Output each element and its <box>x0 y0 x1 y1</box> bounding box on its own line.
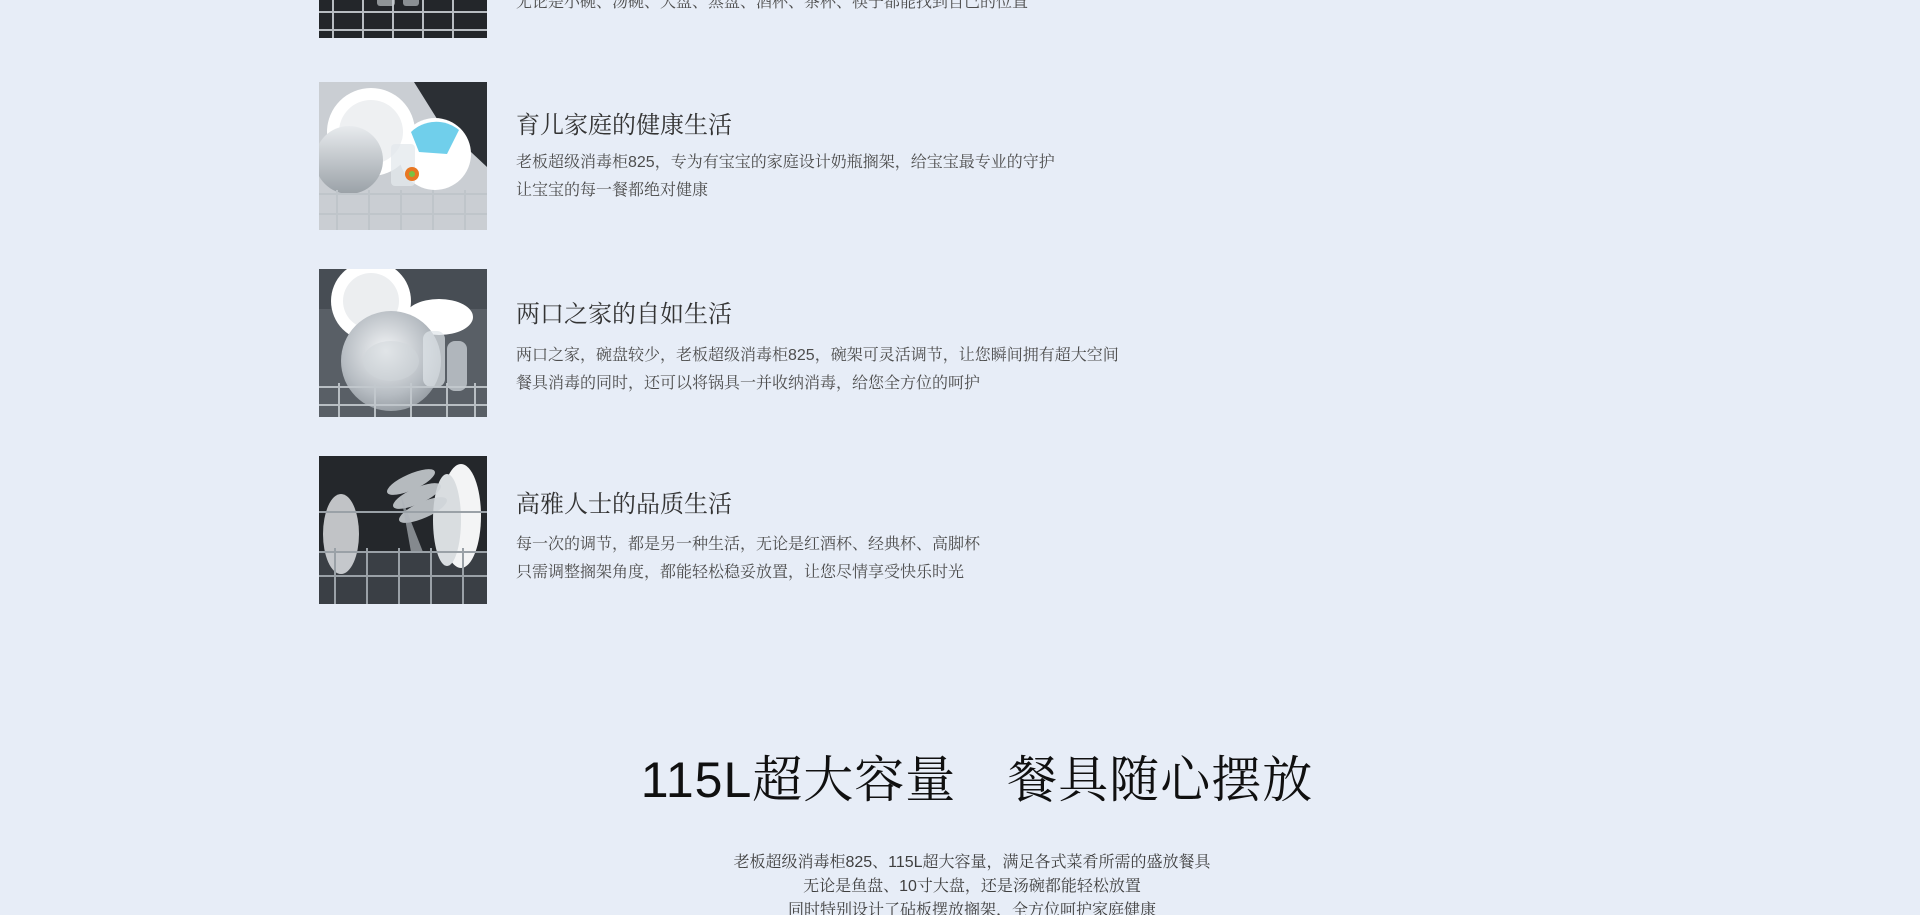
feature-2-title: 育儿家庭的健康生活 <box>516 111 732 141</box>
capacity-heading: 115L超大容量 餐具随心摆放 <box>17 752 1920 808</box>
feature-3-title: 两口之家的自如生活 <box>516 300 732 330</box>
feature-photo-2 <box>319 82 487 230</box>
pan-rack-photo-graphic <box>319 0 487 38</box>
feature-3-body: 两口之家，碗盘较少，老板超级消毒柜825，碗架可灵活调节，让您瞬间拥有超大空间 … <box>516 342 1119 398</box>
feature-photo-4 <box>319 456 487 604</box>
capacity-description: 老板超级消毒柜825、115L超大容量，满足各式菜肴所需的盛放餐具 无论是鱼盘、… <box>12 851 1920 915</box>
feature-1-visible-line: 无论是小碗、汤碗、大盘、蒸盘、酒杯、茶杯、筷子都能找到自己的位置 <box>516 0 1028 17</box>
product-detail-page: 无论是小碗、汤碗、大盘、蒸盘、酒杯、茶杯、筷子都能找到自己的位置 <box>0 0 1920 915</box>
feature-4-body: 每一次的调节，都是另一种生活，无论是红酒杯、经典杯、高脚杯 只需调整搁架角度，都… <box>516 531 980 587</box>
feature-photo-3 <box>319 269 487 417</box>
steel-pot-photo-graphic <box>319 269 487 417</box>
feature-photo-1 <box>319 0 487 38</box>
feature-4-title: 高雅人士的品质生活 <box>516 490 732 520</box>
plates-baby-bowl-photo-graphic <box>319 82 487 230</box>
wine-glasses-photo-graphic <box>319 456 487 604</box>
feature-2-body: 老板超级消毒柜825，专为有宝宝的家庭设计奶瓶搁架，给宝宝最专业的守护 让宝宝的… <box>516 149 1055 205</box>
